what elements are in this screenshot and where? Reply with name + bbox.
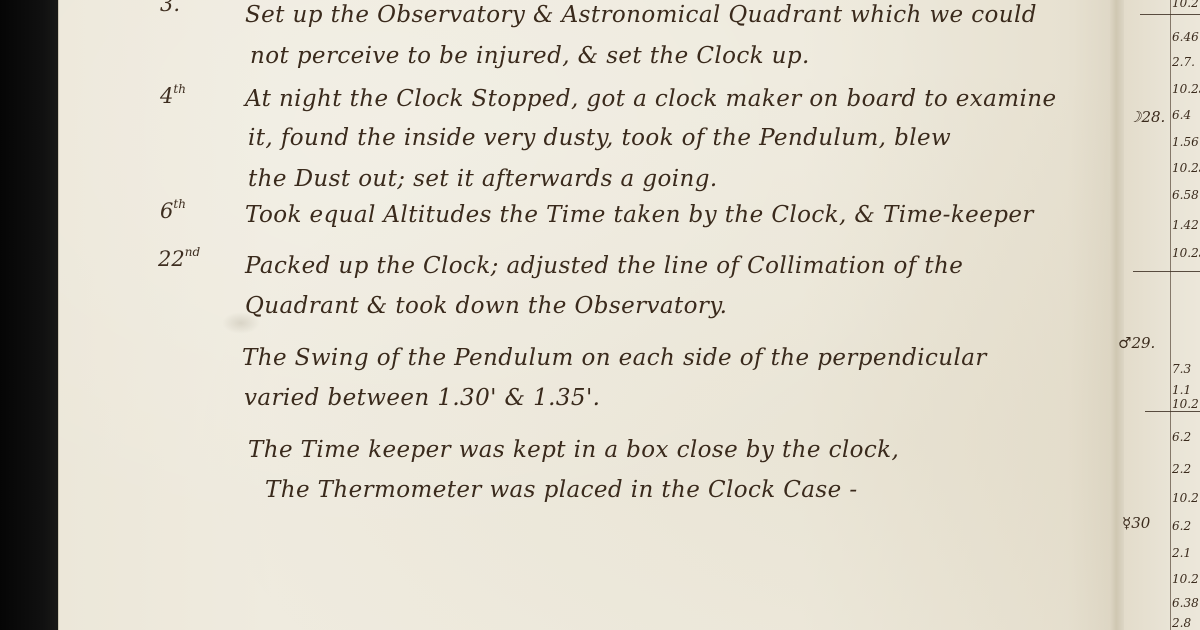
book-binding-edge bbox=[0, 0, 60, 630]
mercury-symbol-icon: ☿ bbox=[1122, 514, 1131, 532]
table-cell: 10.23 bbox=[1172, 246, 1200, 260]
note-line: The Swing of the Pendulum on each side o… bbox=[242, 345, 987, 371]
table-cell: 2.2 bbox=[1172, 462, 1191, 476]
table-cell: 1.56 bbox=[1172, 135, 1199, 149]
note-line: The Time keeper was kept in a box close … bbox=[248, 437, 899, 463]
table-row-rule bbox=[1145, 411, 1200, 412]
page-gutter bbox=[1110, 0, 1124, 630]
margin-day-number: 29. bbox=[1131, 334, 1155, 352]
entry-date-day: 4 bbox=[160, 84, 173, 108]
table-cell: 10.23 bbox=[1172, 82, 1200, 96]
table-cell: 10.23 bbox=[1172, 161, 1200, 175]
entry-date-suffix: nd bbox=[185, 245, 200, 259]
table-cell: 10.2 bbox=[1172, 572, 1199, 586]
entry-date: 6th bbox=[160, 197, 186, 223]
table-column-rule bbox=[1170, 0, 1171, 630]
table-cell: 6.2 bbox=[1172, 430, 1191, 444]
entry-date-suffix: . bbox=[173, 0, 180, 16]
table-row-rule bbox=[1140, 14, 1200, 15]
entry-date: 22nd bbox=[158, 245, 200, 271]
margin-day-label: ☿30 bbox=[1122, 514, 1150, 532]
table-cell: 10.2 bbox=[1172, 491, 1199, 505]
table-row-rule bbox=[1133, 271, 1200, 272]
entry-date-day: 6 bbox=[160, 199, 173, 223]
table-cell: 7.3 bbox=[1172, 362, 1191, 376]
table-cell: 6.38 bbox=[1172, 596, 1199, 610]
entry-line: Took equal Altitudes the Time taken by t… bbox=[245, 202, 1034, 228]
entry-line: Packed up the Clock; adjusted the line o… bbox=[245, 253, 963, 279]
entry-line: it, found the inside very dusty, took of… bbox=[248, 125, 951, 151]
table-cell: 10.2 bbox=[1172, 397, 1199, 411]
note-line: varied between 1.30' & 1.35'. bbox=[244, 385, 600, 411]
entry-line: not perceive to be injured, & set the Cl… bbox=[250, 43, 810, 69]
moon-symbol-icon: ☽ bbox=[1128, 108, 1141, 126]
mars-symbol-icon: ♂ bbox=[1118, 334, 1131, 352]
entry-date-day: 3 bbox=[160, 0, 173, 16]
entry-line: At night the Clock Stopped, got a clock … bbox=[245, 86, 1056, 112]
table-cell: 1.1 bbox=[1172, 383, 1191, 397]
margin-day-label: ♂29. bbox=[1118, 334, 1155, 352]
table-cell: 6.58 bbox=[1172, 188, 1199, 202]
entry-line: Quadrant & took down the Observatory. bbox=[245, 293, 727, 319]
entry-date-suffix: th bbox=[173, 197, 186, 211]
entry-line: Set up the Observatory & Astronomical Qu… bbox=[245, 2, 1037, 28]
entry-line: the Dust out; set it afterwards a going. bbox=[248, 166, 718, 192]
entry-date-suffix: th bbox=[173, 82, 186, 96]
entry-date: 4th bbox=[160, 82, 186, 108]
table-cell: 2.7. bbox=[1172, 55, 1195, 69]
table-cell: 10.2 bbox=[1172, 0, 1199, 10]
margin-day-number: 30 bbox=[1131, 514, 1150, 532]
table-cell: 6.2 bbox=[1172, 519, 1191, 533]
table-cell: 6.4 bbox=[1172, 108, 1191, 122]
table-cell: 2.1 bbox=[1172, 546, 1191, 560]
table-cell: 6.46 bbox=[1172, 30, 1199, 44]
table-cell: 1.42 bbox=[1172, 218, 1199, 232]
table-cell: 2.8 bbox=[1172, 616, 1191, 630]
margin-day-number: 28. bbox=[1141, 108, 1165, 126]
margin-day-label: ☽28. bbox=[1128, 108, 1165, 126]
entry-date-day: 22 bbox=[158, 247, 185, 271]
entry-date: 3. bbox=[160, 0, 180, 16]
note-line: The Thermometer was placed in the Clock … bbox=[265, 477, 858, 503]
